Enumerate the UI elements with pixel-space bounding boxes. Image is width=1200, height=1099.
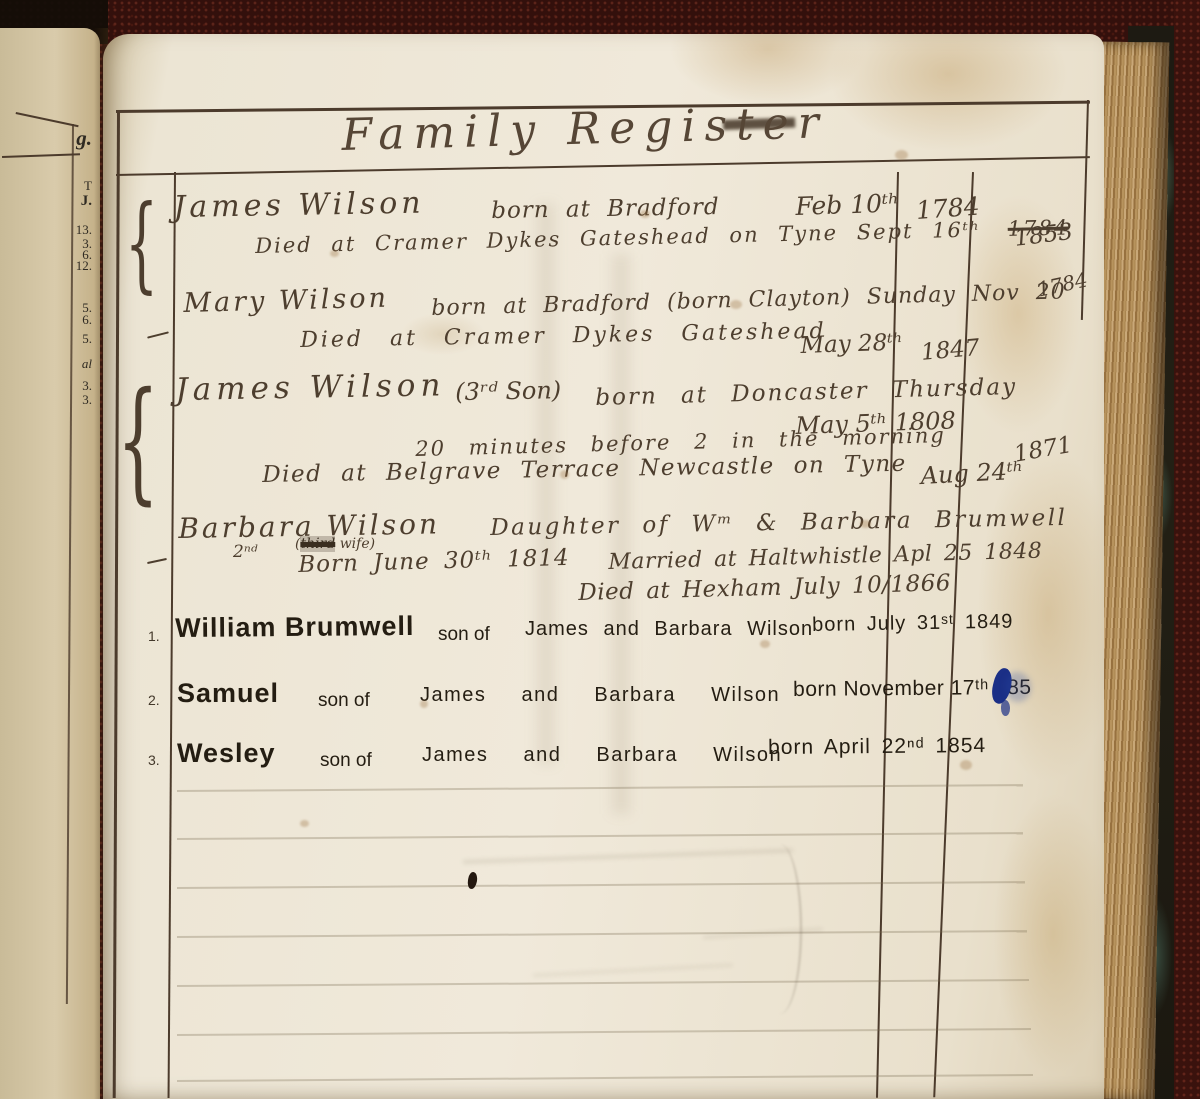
entry3-name: James Wilson (175, 367, 446, 408)
bleed-through-ghost (533, 964, 733, 977)
entry3-died: Died at Belgrave Terrace Newcastle on Ty… (262, 451, 907, 488)
child3-number: 3. (148, 752, 160, 768)
entry1-died: Died at Cramer Dykes Gateshead on Tyne S… (255, 216, 1069, 258)
child3-relation: son of (320, 750, 372, 772)
child1-name: William Brumwell (175, 611, 415, 644)
entry4-relation: Daughter of Wᵐ & Barbara Brumwell (490, 505, 1068, 541)
foxing-spot (300, 820, 309, 827)
blue-ink-smear (1005, 672, 1031, 702)
margin-brace: { (125, 182, 158, 304)
bleed-through-ghost (463, 848, 793, 864)
child1-parents: James and Barbara Wilson (525, 618, 813, 641)
printed-fragment: 6. (0, 312, 92, 328)
cover-fabric-right (1174, 0, 1200, 1099)
faint-rule (177, 979, 1029, 986)
child1-relation: son of (438, 624, 490, 646)
child2-name: Samuel (177, 678, 279, 709)
entry2-died-date: May 28ᵗʰ (800, 329, 903, 359)
child3-born: born April 22ⁿᵈ 1854 (768, 734, 986, 760)
child2-relation: son of (318, 690, 370, 712)
entry3-suffix: (3ʳᵈ Son) (455, 376, 561, 406)
entry1-died-text: Died at Cramer Dykes Gateshead on Tyne S… (255, 218, 981, 258)
ink-dot (467, 871, 479, 889)
faint-rule (177, 832, 1023, 839)
printed-fragment: al (0, 356, 92, 372)
entry4-note-order: 2ⁿᵈ (233, 542, 258, 562)
entry2-name: Mary Wilson (183, 283, 389, 319)
previous-page: g. T J. 13. 3. 6. 12. 5. 6. 5. al 3. 3. (0, 28, 100, 1099)
foxing-spot (560, 470, 569, 479)
child1-born: born July 31ˢᵗ 1849 (812, 610, 1014, 637)
foxing-spot (330, 250, 339, 257)
child3-parents: James and Barbara Wilson (422, 744, 782, 767)
faint-rule (177, 1074, 1033, 1081)
foxing-spot (860, 520, 871, 528)
entry1-born-date: Feb 10ᵗʰ (795, 188, 899, 221)
foxing-spot (760, 640, 770, 648)
register-page: Family Register { James Wilson born at B… (103, 34, 1104, 1099)
bleed-through-curve (758, 844, 802, 1014)
child1-number: 1. (148, 628, 160, 644)
printed-fragment: J. (0, 193, 92, 210)
page-border-left (113, 110, 120, 1098)
entry1-name: James Wilson (173, 186, 425, 225)
foxing-spot (640, 210, 650, 218)
printed-fragment: 12. (0, 258, 92, 274)
paper-wrinkle (533, 204, 559, 764)
blue-ink-blot-drip (1001, 700, 1010, 716)
family-register-photo: g. T J. 13. 3. 6. 12. 5. 6. 5. al 3. 3. … (0, 0, 1200, 1099)
foxing-spot (420, 700, 428, 708)
entry2-died-year: 1847 (920, 335, 981, 366)
foxing-spot (895, 150, 908, 160)
title-underline (116, 156, 1090, 176)
entry4-married: Married at Haltwhistle Apl 25 1848 (608, 539, 1043, 575)
entry1-born: born at Bradford (491, 194, 720, 224)
entry3-died-date: Aug 24ᵗʰ (920, 457, 1024, 490)
printed-fragment: 3. (0, 392, 92, 408)
faint-rule (177, 1028, 1031, 1035)
foxing-spot (960, 760, 972, 770)
child2-number: 2. (148, 692, 160, 708)
faint-rule (177, 930, 1027, 937)
entry2-born: born at Bradford (born Clayton) Sunday N… (431, 279, 1066, 321)
printed-rule-fragment (16, 112, 79, 127)
printed-rule-fragment (2, 153, 80, 158)
child2-parents: James and Barbara Wilson (420, 684, 780, 707)
foxing-spot (730, 300, 742, 309)
printed-fragment: 5. (0, 331, 92, 347)
faint-rule (177, 881, 1025, 888)
entry2-died: Died at Cramer Dykes Gateshead (300, 319, 827, 353)
entry4-note-struck: third (300, 536, 335, 552)
child3-name: Wesley (177, 738, 276, 769)
margin-tick (147, 558, 167, 564)
printed-fragment: g. (0, 126, 92, 151)
margin-brace: { (117, 364, 159, 518)
margin-tick (147, 331, 169, 338)
faint-rule (177, 784, 1023, 791)
entry1-died-struck-year: 1784 (1007, 216, 1069, 241)
printed-fragment: T (0, 178, 92, 194)
